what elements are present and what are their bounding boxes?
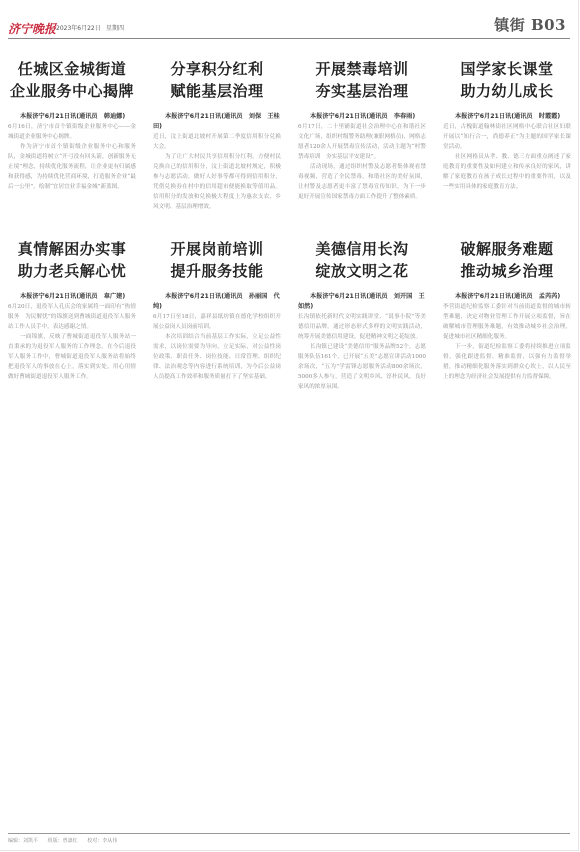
- newspaper-page: 济宁晚报 2023年6月22日 星期四 镇街 B03 任城区金城街道 企业服务中…: [0, 0, 579, 851]
- article-paragraph: 下一步，街道纪检监察工委将持续推进立项监督，强化跟进监督、精准监督，以强有力监督…: [443, 342, 571, 382]
- headline-line-2: 助力幼儿成长: [443, 80, 571, 102]
- article-lead: 李营街道纪检监察工委针对当前街道监督的城市转型难题，决定对物业管理工作开展立项监…: [443, 302, 571, 342]
- headline-line-2: 企业服务中心揭牌: [8, 80, 136, 102]
- headline-line-1: 开展岗前培训: [153, 238, 281, 260]
- section-page-label: 镇街 B03: [494, 14, 566, 35]
- article-body: 6月17日，二十里铺街道社会治理中心在和谐社区文化广场，组织村级警务助理(兼职网…: [298, 122, 426, 202]
- headline-line-2: 绽放文明之花: [298, 260, 426, 282]
- article-7: 美德信用长沟 绽放文明之花 本报济宁6月21日讯(通讯员 刘开国 王如然) 长沟…: [298, 238, 426, 392]
- article-body: 李营街道纪检监察工委针对当前街道监督的城市转型难题，决定对物业管理工作开展立项监…: [443, 302, 571, 382]
- article-lead: 近日，古槐街道翰林街社区网格中心联合社区妇联开展以“知行合一，尚德养正”为主题的…: [443, 122, 571, 152]
- article-byline: 本报济宁6月21日讯(通讯员 刘保 王桂田): [153, 112, 281, 132]
- issue-weekday: 星期四: [106, 23, 124, 32]
- headline-line-1: 开展禁毒培训: [298, 58, 426, 80]
- footer-layout: 组版：曾凛红: [48, 838, 78, 844]
- headline-line-1: 破解服务难题: [443, 238, 571, 260]
- headline-line-1: 真情解困办实事: [8, 238, 136, 260]
- headline-line-2: 夯实基层治理: [298, 80, 426, 102]
- article-byline: 本报济宁6月21日讯(通讯员 时霞霞): [443, 112, 571, 122]
- article-5: 真情解困办实事 助力老兵解心忧 本报济宁6月21日讯(通讯员 韋广建) 6月20…: [8, 238, 136, 382]
- article-headline: 国学家长课堂 助力幼儿成长: [443, 58, 571, 102]
- headline-line-2: 推动城乡治理: [443, 260, 571, 282]
- article-lead: 6月17日，二十里铺街道社会治理中心在和谐社区文化广场，组织村级警务助理(兼职网…: [298, 122, 426, 162]
- masthead: 济宁晚报 2023年6月22日 星期四 镇街 B03: [8, 12, 570, 39]
- article-byline: 本报济宁6月21日讯(通讯员 刘开国 王如然): [298, 292, 426, 312]
- article-body: 6月20日，退役军人孔庆会的家属将一面印有“热情服务 为民解忧”的锦旗送到曹城街…: [8, 302, 136, 382]
- article-headline: 破解服务难题 推动城乡治理: [443, 238, 571, 282]
- article-4: 国学家长课堂 助力幼儿成长 本报济宁6月21日讯(通讯员 时霞霞) 近日，古槐街…: [443, 58, 571, 192]
- article-body: 近日，古槐街道翰林街社区网格中心联合社区妇联开展以“知行合一，尚德养正”为主题的…: [443, 122, 571, 192]
- article-paragraph: 活动现场，通过组织村警及志愿者集体观看禁毒视频，营造了全民禁毒，和谐社区的美好氛…: [298, 162, 426, 202]
- article-byline: 本报济宁6月21日讯(通讯员 孟芮芮): [443, 292, 571, 302]
- article-byline: 本报济宁6月21日讯(通讯员 李春雨): [298, 112, 426, 122]
- article-lead: 近日，汶上街道北坡村开展第二季度信用积分兑换大会。: [153, 132, 281, 152]
- article-2: 分享积分红利 赋能基层治理 本报济宁6月21日讯(通讯员 刘保 王桂田) 近日，…: [153, 58, 281, 212]
- footer-credits: 编辑：刘凯平 组版：曾凛红 校对：李从伟: [8, 837, 125, 844]
- article-lead: 6月16日，济宁市首个镇街级企业服务中心——金城街道企业服务中心揭牌。: [8, 122, 136, 142]
- article-headline: 分享积分红利 赋能基层治理: [153, 58, 281, 102]
- article-headline: 美德信用长沟 绽放文明之花: [298, 238, 426, 282]
- article-byline: 本报济宁6月21日讯(通讯员 韋广建): [8, 292, 136, 302]
- article-headline: 任城区金城街道 企业服务中心揭牌: [8, 58, 136, 102]
- headline-line-2: 赋能基层治理: [153, 80, 281, 102]
- article-byline: 本报济宁6月21日讯(通讯员 孙丽国 代纯): [153, 292, 281, 312]
- article-6: 开展岗前培训 提升服务技能 本报济宁6月21日讯(通讯员 孙丽国 代纯) 6月1…: [153, 238, 281, 382]
- headline-line-2: 助力老兵解心忧: [8, 260, 136, 282]
- footer-editor: 编辑：刘凯平: [8, 838, 38, 844]
- article-lead: 6月20日，退役军人孔庆会的家属将一面印有“热情服务 为民解忧”的锦旗送到曹城街…: [8, 302, 136, 332]
- page-footer: 编辑：刘凯平 组版：曾凛红 校对：李从伟: [8, 833, 570, 834]
- footer-proofreader: 校对：李从伟: [87, 838, 117, 844]
- article-body: 长沟镇依托新时代文明实践讲堂、“说事小院”等美德信用品牌，通过形态形式多样的文明…: [298, 312, 426, 392]
- article-paragraph: 长沟镇已建设“美德信用”服务品牌52个，志愿服务队伍161个，已开展“五美”志愿…: [298, 342, 426, 392]
- article-8: 破解服务难题 推动城乡治理 本报济宁6月21日讯(通讯员 孟芮芮) 李营街道纪检…: [443, 238, 571, 382]
- article-paragraph: 社区网格员从孝、教、德三方面重点阐述了家庭教育的重要性及如何建立和传承良好的家风…: [443, 152, 571, 192]
- headline-line-1: 美德信用长沟: [298, 238, 426, 260]
- article-1: 任城区金城街道 企业服务中心揭牌 本报济宁6月21日讯(通讯员 韩迪娜) 6月1…: [8, 58, 136, 192]
- article-body: 近日，汶上街道北坡村开展第二季度信用积分兑换大会。 为了让广大村民共享信用积分红…: [153, 132, 281, 212]
- article-headline: 开展禁毒培训 夯实基层治理: [298, 58, 426, 102]
- headline-line-1: 分享积分红利: [153, 58, 281, 80]
- article-paragraph: 本次培训结合当前基层工作实际，立足公益性需求，以岗位需要为导向，立足实际，对公益…: [153, 332, 281, 382]
- headline-line-1: 国学家长课堂: [443, 58, 571, 80]
- article-lead: 6月17日至18日，嘉祥县纸坊镇在德化学校组织开展公益岗人员岗前培训。: [153, 312, 281, 332]
- issue-date: 2023年6月22日: [56, 23, 101, 32]
- newspaper-logo: 济宁晚报: [8, 20, 56, 37]
- article-paragraph: 作为济宁市首个镇街级企业服务中心和服务队，金城街道将树立“开弓没有回头箭，创新服…: [8, 142, 136, 192]
- article-paragraph: 为了让广大村民共享信用积分红利，方便村民兑换自己的信用积分，汶上街道北坡村规定，…: [153, 152, 281, 212]
- article-body: 6月16日，济宁市首个镇街级企业服务中心——金城街道企业服务中心揭牌。 作为济宁…: [8, 122, 136, 192]
- article-3: 开展禁毒培训 夯实基层治理 本报济宁6月21日讯(通讯员 李春雨) 6月17日，…: [298, 58, 426, 202]
- headline-line-1: 任城区金城街道: [8, 58, 136, 80]
- article-byline: 本报济宁6月21日讯(通讯员 韩迪娜): [8, 112, 136, 122]
- article-headline: 真情解困办实事 助力老兵解心忧: [8, 238, 136, 282]
- article-paragraph: 一面锦旗，反映了曹城街道退役军人服务站一直秉承的为退役军人服务的工作理念。在今后…: [8, 332, 136, 382]
- article-lead: 长沟镇依托新时代文明实践讲堂、“说事小院”等美德信用品牌，通过形态形式多样的文明…: [298, 312, 426, 342]
- headline-line-2: 提升服务技能: [153, 260, 281, 282]
- article-body: 6月17日至18日，嘉祥县纸坊镇在德化学校组织开展公益岗人员岗前培训。 本次培训…: [153, 312, 281, 382]
- article-headline: 开展岗前培训 提升服务技能: [153, 238, 281, 282]
